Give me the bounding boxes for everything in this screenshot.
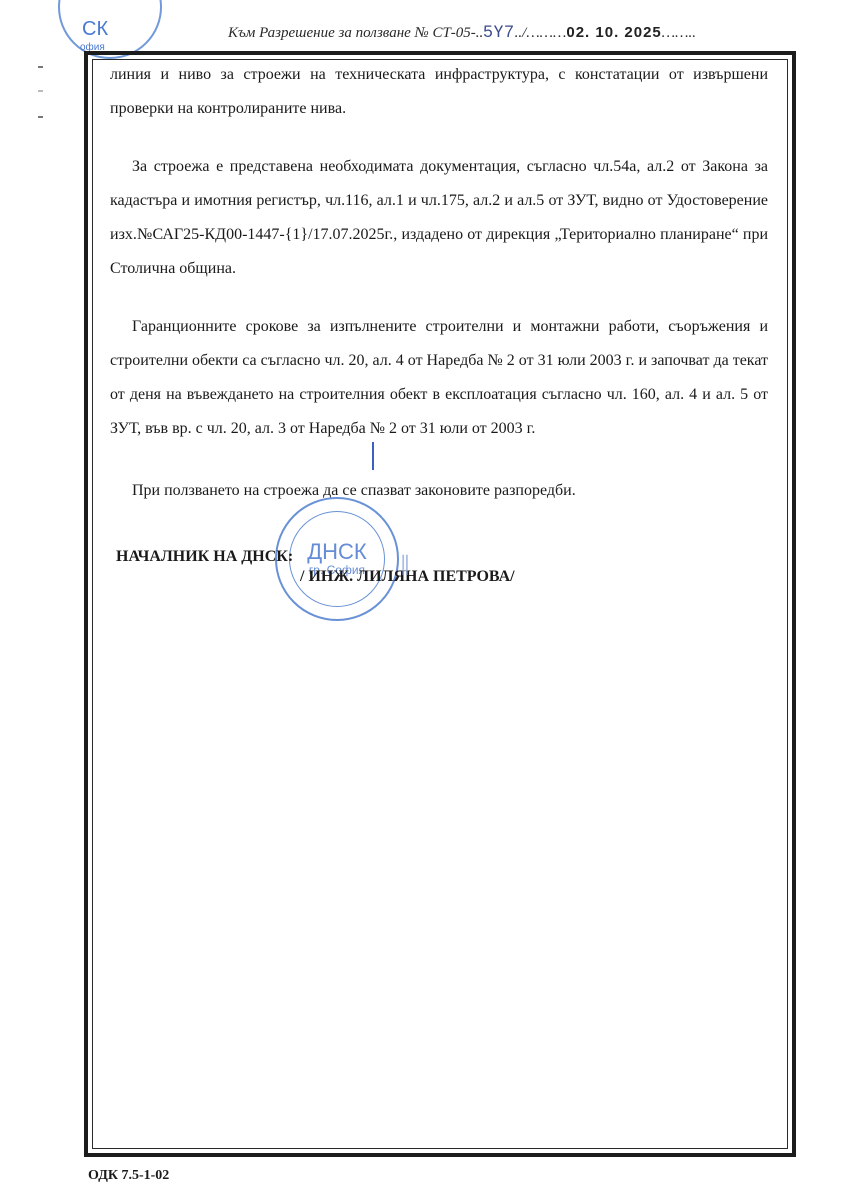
document-body: линия и ниво за строежи на техническата …	[110, 58, 768, 508]
permit-date: 02. 10. 2025	[566, 24, 661, 41]
header-prefix: Към Разрешение за ползване № СТ-05-	[228, 25, 476, 41]
margin-mark	[38, 90, 43, 92]
permit-number: 5Ү7	[483, 22, 514, 41]
corner-stamp-text: СК	[82, 18, 108, 41]
paragraph-documentation: За строежа е представена необходимата до…	[110, 150, 768, 286]
signature-scribble: ∥	[400, 553, 430, 583]
header-dots: ……..	[662, 25, 696, 41]
permit-reference-header: Към Разрешение за ползване № СТ-05-..5Ү7…	[228, 22, 696, 42]
paragraph-continuation: линия и ниво за строежи на техническата …	[110, 58, 768, 126]
paragraph-compliance: При ползването на строежа да се спазват …	[110, 474, 768, 508]
margin-mark	[38, 66, 43, 68]
margin-mark	[38, 116, 43, 118]
signatory-title: НАЧАЛНИК НА ДНСК:	[116, 548, 293, 566]
stamp-agency: ДНСК	[277, 541, 397, 563]
document-code: ОДК 7.5-1-02	[88, 1168, 169, 1184]
paragraph-warranty: Гаранционните срокове за изпълнените стр…	[110, 310, 768, 446]
pen-mark	[372, 442, 374, 470]
official-stamp: ДНСК гр. София	[275, 497, 399, 621]
header-dots: ………	[526, 25, 566, 41]
